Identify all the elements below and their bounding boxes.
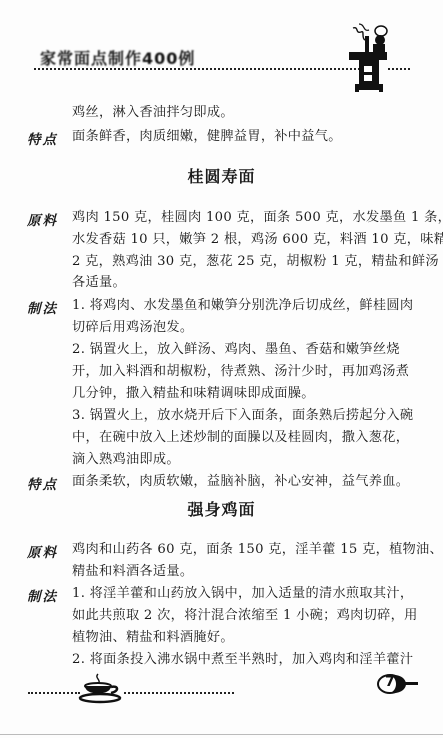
teacup-icon: [78, 672, 124, 704]
method-line: 几分钟，撒入精盐和味精调味即成面臊。: [72, 385, 315, 403]
page-number: 7: [385, 674, 395, 690]
ingredients-line: 各适量。: [72, 274, 126, 292]
method-line: 2. 将面条投入沸水锅中煮至半熟时，加入鸡肉和淫羊藿汁: [72, 651, 413, 669]
method-line: 中，在碗中放入上述炒制的面臊以及桂圆肉，撒入葱花，: [72, 429, 409, 447]
ingredients-line: 鸡肉 150 克，桂圆肉 100 克，面条 500 克，水发墨鱼 1 条，: [72, 209, 443, 227]
header-dotted-rule: [34, 68, 364, 70]
method-label: 制法: [27, 585, 58, 605]
method-line: 植物油、精盐和料酒腌好。: [72, 629, 234, 647]
footer-dotted-rule-right: [124, 692, 234, 694]
method-line: 开，加入料酒和胡椒粉，待煮熟、汤汁少时，再加鸡汤煮: [72, 363, 409, 381]
method-line: 切碎后用鸡汤泡发。: [72, 319, 193, 337]
page-number-badge: 7: [376, 672, 422, 696]
method-line: 2. 锅置火上，放入鲜汤、鸡肉、墨鱼、香菇和嫩笋丝烧: [72, 341, 400, 359]
method-line: 1. 将鸡肉、水发墨鱼和嫩笋分别洗净后切成丝，鲜桂圆肉: [72, 297, 413, 315]
ingredients-line: 水发香菇 10 只，嫩笋 2 根，鸡汤 600 克，料酒 10 克，味精: [72, 231, 443, 249]
features-text: 面条鲜香，肉质细嫩，健脾益胃，补中益气。: [72, 128, 342, 146]
ingredients-label: 原料: [27, 541, 58, 561]
footer-dotted-rule-left: [28, 692, 80, 694]
method-line: 滴入熟鸡油即成。: [72, 451, 180, 469]
ingredients-line: 精盐和料酒各适量。: [72, 563, 193, 581]
chef-at-stove-icon: [345, 22, 395, 94]
method-line: 1. 将淫羊藿和山药放入锅中，加入适量的清水煎取其汁，: [72, 585, 413, 603]
ingredients-label: 原料: [27, 209, 58, 229]
page-header: 家常面点制作400例: [0, 0, 443, 100]
features-label: 特点: [27, 473, 58, 493]
recipe-title: 强身鸡面: [0, 497, 443, 520]
recipe-title: 桂圆寿面: [0, 164, 443, 187]
pointing-hand-icon: [376, 672, 422, 696]
ingredients-line: 2 克，熟鸡油 30 克，葱花 25 克，胡椒粉 1 克，精盐和鲜汤: [72, 253, 439, 271]
features-label: 特点: [27, 128, 58, 148]
ingredients-line: 鸡肉和山药各 60 克，面条 150 克，淫羊藿 15 克，植物油、: [72, 541, 443, 559]
method-line: 鸡丝，淋入香油拌匀即成。: [72, 104, 234, 122]
running-title: 家常面点制作400例: [40, 46, 195, 69]
features-text: 面条柔软，肉质软嫩，益脑补脑，补心安神，益气养血。: [72, 473, 409, 491]
scan-edge: [0, 734, 443, 735]
method-line: 3. 锅置火上，放水烧开后下入面条，面条熟后捞起分入碗: [72, 407, 413, 425]
method-line: 如此共煎取 2 次，将汁混合浓缩至 1 小碗；鸡肉切碎，用: [72, 607, 418, 625]
method-label: 制法: [27, 297, 58, 317]
